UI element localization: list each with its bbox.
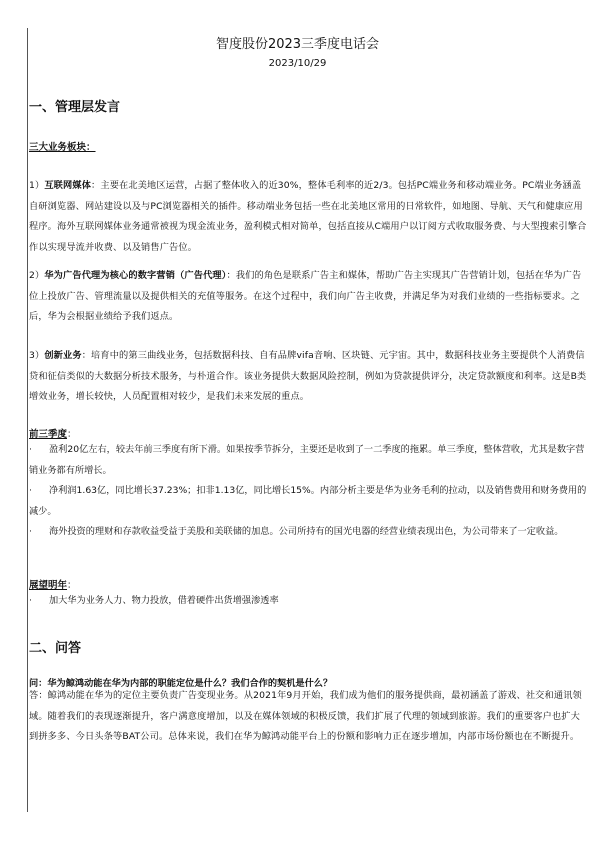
segment-text: ：主要在北美地区运营，占据了整体收入的近30%，整体毛利率的近2/3。包括PC端…: [29, 180, 586, 253]
bullet-item: ·加大华为业务人力、物力投放，借着硬件出货增强渗透率: [29, 591, 589, 612]
subheading-label: 展望明年: [29, 580, 67, 591]
segment-text: ：培育中的第三曲线业务，包括数据科技、自有品牌vifa音响、区块链、元宇宙。其中…: [29, 350, 586, 402]
bullet-text: 盈利20亿左右，较去年前三季度有所下滑。如果按季节拆分，主要还是收到了一二季度的…: [29, 444, 584, 476]
segment-name: 华为广告代理为核心的数字营销（广告代理）: [44, 270, 226, 281]
bullet-text: 净利润1.63亿，同比增长37.23%；扣非1.13亿，同比增长15%。内部分析…: [29, 485, 586, 517]
bullet-item: ·盈利20亿左右，较去年前三季度有所下滑。如果按季节拆分，主要还是收到了一二季度…: [29, 440, 589, 481]
colon: ：: [67, 580, 77, 591]
document-date: 2023/10/29: [0, 58, 595, 69]
section-heading-management: 一、管理层发言: [29, 96, 589, 115]
first-three-quarters-heading: 前三季度：: [29, 426, 589, 440]
subheading-label: 前三季度: [29, 429, 67, 440]
segment-name: 创新业务: [44, 350, 81, 361]
bullet-icon: ·: [29, 440, 49, 461]
bullet-item: ·海外投资的理财和存款收益受益于美股和美联储的加息。公司所持有的国光电器的经营业…: [29, 522, 589, 543]
segment-number: 3）: [29, 350, 44, 361]
qa-answer: 答：鲸鸿动能在华为的定位主要负责广告变现业务。从2021年9月开始，我们成为他们…: [29, 686, 589, 748]
segment-paragraph-2: 2）华为广告代理为核心的数字营销（广告代理）：我们的角色是联系广告主和媒体，帮助…: [29, 266, 589, 328]
segments-heading: 三大业务板块：: [29, 139, 589, 153]
outlook-heading: 展望明年：: [29, 577, 589, 591]
bullet-icon: ·: [29, 481, 49, 502]
bullet-icon: ·: [29, 591, 49, 612]
bullet-item: ·净利润1.63亿，同比增长37.23%；扣非1.13亿，同比增长15%。内部分…: [29, 481, 589, 522]
left-margin-rule: [27, 28, 28, 812]
segment-number: 2）: [29, 270, 44, 281]
segment-paragraph-1: 1）互联网媒体：主要在北美地区运营，占据了整体收入的近30%，整体毛利率的近2/…: [29, 176, 589, 258]
bullet-text: 加大华为业务人力、物力投放，借着硬件出货增强渗透率: [49, 595, 279, 606]
section-heading-qa: 二、问答: [29, 637, 589, 656]
segment-paragraph-3: 3）创新业务：培育中的第三曲线业务，包括数据科技、自有品牌vifa音响、区块链、…: [29, 346, 589, 408]
segment-name: 互联网媒体: [44, 180, 91, 191]
colon: ：: [67, 429, 77, 440]
document-title: 智度股份2023三季度电话会: [0, 33, 595, 52]
bullet-text: 海外投资的理财和存款收益受益于美股和美联储的加息。公司所持有的国光电器的经营业绩…: [49, 526, 564, 537]
bullet-icon: ·: [29, 522, 49, 543]
segment-number: 1）: [29, 180, 44, 191]
